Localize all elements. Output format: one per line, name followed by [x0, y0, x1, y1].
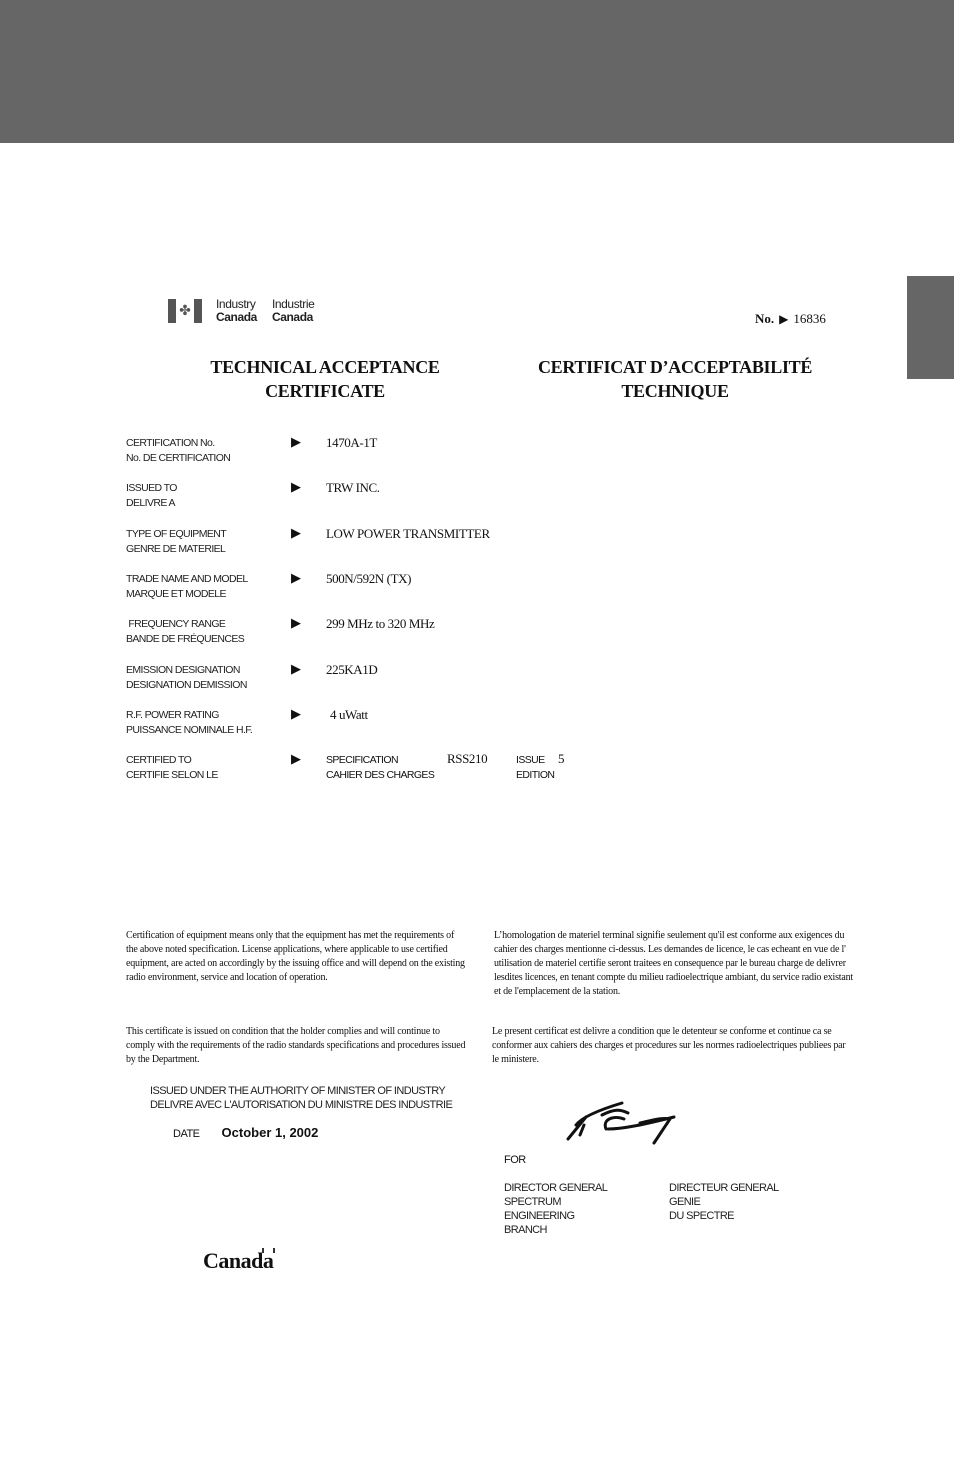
signatory-title-en: DIRECTOR GENERAL SPECTRUM ENGINEERING BR… — [504, 1181, 607, 1237]
arrow-right-icon: ▶ — [291, 526, 301, 541]
field-certified-to: CERTIFIED TOCERTIFIE SELON LE ▶ SPECIFIC… — [126, 753, 626, 793]
authority-en: ISSUED UNDER THE AUTHORITY OF MINISTER O… — [150, 1084, 452, 1098]
certificate-number-value: 16836 — [793, 311, 826, 327]
specification-label: SPECIFICATIONCAHIER DES CHARGES — [326, 753, 434, 783]
logo-en-line2: Canada — [216, 311, 257, 324]
arrow-right-icon: ▶ — [291, 480, 301, 495]
field-value: 299 MHz to 320 MHz — [326, 616, 434, 632]
title-en-line1: TECHNICAL ACCEPTANCE — [195, 355, 455, 379]
logo-name-fr: Industrie Canada — [272, 298, 314, 324]
field-certification-number: CERTIFICATION No.No. DE CERTIFICATION ▶ … — [126, 436, 626, 476]
paragraph-fr-homologation: L’homologation de materiel terminal sign… — [494, 929, 854, 999]
title-french: CERTIFICAT D’ACCEPTABILITÉ TECHNIQUE — [520, 355, 830, 403]
field-type-of-equipment: TYPE OF EQUIPMENTGENRE DE MATERIEL ▶ LOW… — [126, 527, 626, 567]
date-value: October 1, 2002 — [222, 1125, 319, 1140]
paragraph-fr-condition: Le present certificat est delivre a cond… — [492, 1025, 854, 1067]
arrow-right-icon: ▶ — [291, 616, 301, 631]
canada-flag-icon: ✤ — [168, 298, 202, 323]
canada-flag-icon — [262, 1248, 275, 1253]
field-issued-to: ISSUED TODELIVRE A ▶ TRW INC. — [126, 481, 626, 521]
field-trade-name-model: TRADE NAME AND MODELMARQUE ET MODELE ▶ 5… — [126, 572, 626, 612]
field-label: CERTIFICATION No.No. DE CERTIFICATION — [126, 436, 230, 466]
issue-value: 5 — [558, 751, 564, 767]
field-label: TYPE OF EQUIPMENTGENRE DE MATERIEL — [126, 527, 226, 557]
arrow-right-icon: ▶ — [291, 662, 301, 677]
date-label: DATE — [173, 1128, 200, 1140]
authority-fr: DELIVRE AVEC L'AUTORISATION DU MINISTRE … — [150, 1098, 452, 1112]
field-label: CERTIFIED TOCERTIFIE SELON LE — [126, 753, 218, 783]
arrow-right-icon: ▶ — [291, 752, 301, 767]
arrow-right-icon: ▶ — [291, 435, 301, 450]
issue-label: ISSUEEDITION — [516, 753, 554, 783]
title-fr-line2: TECHNIQUE — [520, 379, 830, 403]
arrow-right-icon: ▶ — [779, 312, 788, 326]
logo-name-en: Industry Canada — [216, 298, 257, 324]
field-value: 225KA1D — [326, 662, 377, 678]
issue-date: DATE October 1, 2002 — [173, 1125, 318, 1140]
field-label: TRADE NAME AND MODELMARQUE ET MODELE — [126, 572, 248, 602]
arrow-right-icon: ▶ — [291, 571, 301, 586]
title-fr-line1: CERTIFICAT D’ACCEPTABILITÉ — [520, 355, 830, 379]
field-label: R.F. POWER RATINGPUISSANCE NOMINALE H.F. — [126, 708, 252, 738]
canada-wordmark: Canada — [203, 1248, 273, 1274]
field-label: ISSUED TODELIVRE A — [126, 481, 177, 511]
arrow-right-icon: ▶ — [291, 707, 301, 722]
field-rf-power-rating: R.F. POWER RATINGPUISSANCE NOMINALE H.F.… — [126, 708, 626, 748]
logo-fr-line2: Canada — [272, 311, 314, 324]
certificate-number-label: No. — [755, 311, 774, 327]
field-label: FREQUENCY RANGEBANDE DE FRÉQUENCES — [126, 617, 244, 647]
field-emission-designation: EMISSION DESIGNATIONDESIGNATION DEMISSIO… — [126, 663, 626, 703]
field-value: 4 uWatt — [330, 707, 368, 723]
field-value: TRW INC. — [326, 480, 380, 496]
header-band — [0, 0, 954, 143]
field-value: 1470A-1T — [326, 435, 377, 451]
field-value: 500N/592N (TX) — [326, 571, 411, 587]
title-english: TECHNICAL ACCEPTANCE CERTIFICATE — [195, 355, 455, 403]
certificate-number: No. ▶ 16836 — [755, 311, 826, 327]
signature-image — [562, 1095, 692, 1150]
paragraph-en-condition: This certificate is issued on condition … — [126, 1025, 466, 1067]
for-label: FOR — [504, 1154, 526, 1166]
field-value: LOW POWER TRANSMITTER — [326, 526, 490, 542]
industry-canada-logo: ✤ Industry Canada Industrie Canada — [168, 298, 329, 324]
side-tab — [907, 276, 954, 379]
paragraph-en-certification: Certification of equipment means only th… — [126, 929, 466, 985]
issuing-authority: ISSUED UNDER THE AUTHORITY OF MINISTER O… — [150, 1084, 452, 1112]
field-frequency-range: FREQUENCY RANGEBANDE DE FRÉQUENCES ▶ 299… — [126, 617, 626, 657]
field-label: EMISSION DESIGNATIONDESIGNATION DEMISSIO… — [126, 663, 247, 693]
signatory-title-fr: DIRECTEUR GENERAL GENIE DU SPECTRE — [669, 1181, 779, 1223]
specification-value: RSS210 — [447, 751, 487, 767]
title-en-line2: CERTIFICATE — [195, 379, 455, 403]
